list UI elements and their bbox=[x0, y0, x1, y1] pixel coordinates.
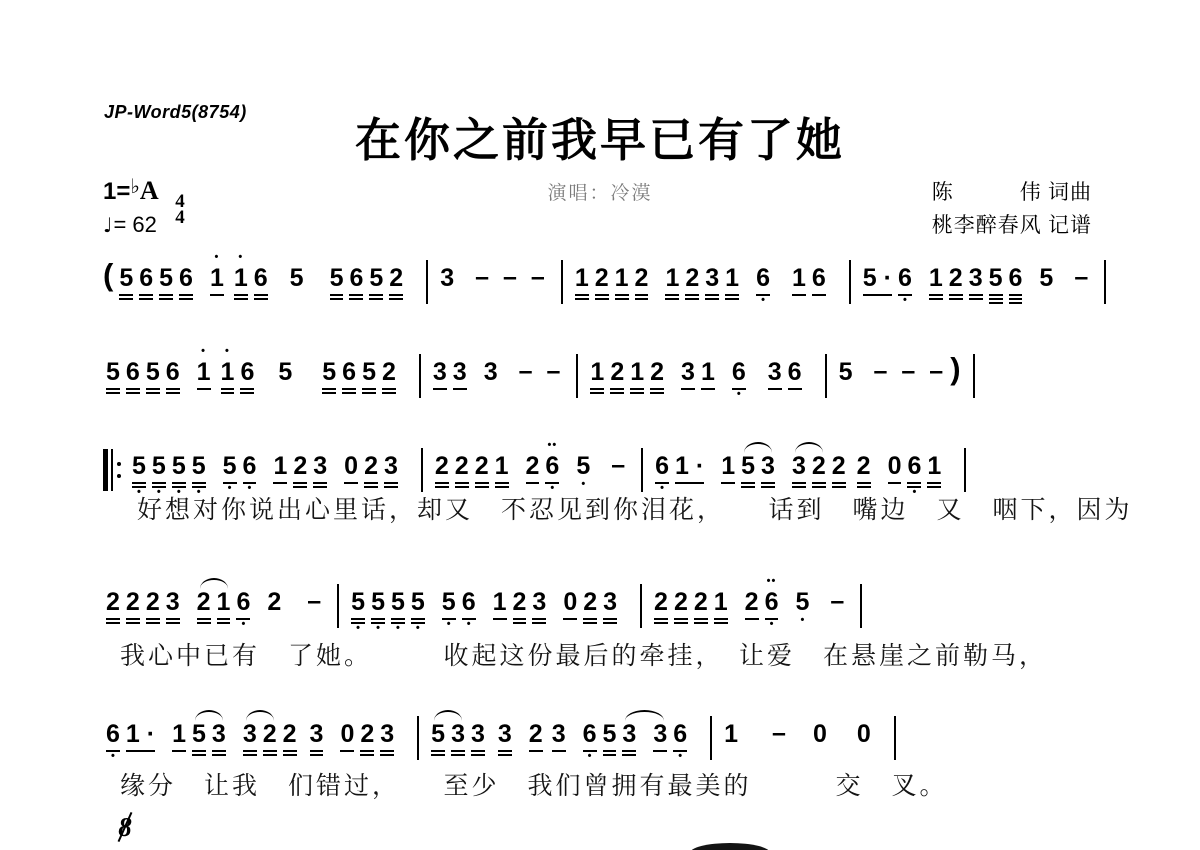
below-slot bbox=[387, 394, 390, 404]
note-group: 1 2 3 1 bbox=[662, 252, 742, 310]
above-slot bbox=[245, 346, 249, 358]
note: 5 bbox=[1036, 252, 1056, 302]
beam bbox=[694, 618, 708, 620]
extend-dash: – bbox=[772, 720, 786, 748]
note-digit: 1 · bbox=[675, 452, 704, 480]
note-digit: 6 bbox=[907, 452, 921, 480]
above-slot bbox=[151, 346, 155, 358]
above-slot bbox=[184, 252, 188, 264]
above-slot bbox=[862, 440, 866, 452]
beam bbox=[949, 294, 963, 296]
note: 6 bbox=[1006, 252, 1026, 314]
below-slot bbox=[628, 756, 631, 766]
above-slot bbox=[318, 440, 322, 452]
note: 1 · bbox=[123, 708, 158, 762]
note-group: 5 bbox=[275, 346, 295, 396]
note: 2 bbox=[526, 708, 546, 762]
note: 3 bbox=[529, 576, 549, 634]
octave-dot-below: • bbox=[416, 624, 420, 634]
note: ••6• bbox=[542, 440, 562, 494]
beam bbox=[989, 298, 1003, 300]
below-slot bbox=[773, 390, 776, 400]
above-slot bbox=[365, 708, 369, 720]
note-group: 1 6 bbox=[789, 252, 829, 306]
above-slot bbox=[934, 252, 938, 264]
above-slot bbox=[793, 346, 797, 358]
above-slot bbox=[460, 440, 464, 452]
beam bbox=[330, 294, 344, 296]
note: 0 bbox=[341, 440, 361, 494]
below-slot bbox=[503, 756, 506, 766]
note: 2 bbox=[143, 576, 163, 634]
above-slot bbox=[517, 576, 521, 588]
note-group: 5• 6• bbox=[220, 440, 260, 494]
note-digit: 2 bbox=[654, 588, 668, 616]
above-slot bbox=[843, 346, 847, 358]
beam bbox=[254, 294, 268, 296]
above-slot bbox=[345, 708, 349, 720]
note: 5 bbox=[143, 346, 163, 404]
note-digit: 5 · bbox=[863, 264, 892, 292]
below-slot bbox=[222, 624, 225, 634]
beam bbox=[179, 294, 193, 296]
below-slot bbox=[335, 300, 338, 310]
note: 2 bbox=[651, 576, 671, 634]
above-slot bbox=[690, 252, 694, 264]
note-group: 2 bbox=[264, 576, 284, 626]
below-slot bbox=[131, 624, 134, 634]
beam bbox=[532, 618, 546, 620]
above-slot bbox=[537, 576, 541, 588]
below-slot bbox=[395, 300, 398, 310]
beam bbox=[455, 482, 469, 484]
note-digit: 2 bbox=[635, 264, 649, 292]
above-slot bbox=[298, 440, 302, 452]
below-slot bbox=[589, 624, 592, 634]
note-digit: 2 bbox=[694, 588, 708, 616]
note-digit: 2 bbox=[360, 720, 374, 748]
note-digit: 1 bbox=[197, 358, 211, 386]
beam bbox=[126, 618, 140, 620]
note-digit: 3 bbox=[451, 720, 465, 748]
note: 6 bbox=[176, 252, 196, 310]
note-digit: 2 bbox=[263, 720, 277, 748]
above-slot bbox=[600, 252, 604, 264]
above-slot bbox=[581, 440, 585, 452]
below-slot bbox=[375, 300, 378, 310]
time-bottom: 4 bbox=[175, 210, 185, 226]
below-slot bbox=[498, 620, 501, 630]
note-digit: 1 bbox=[701, 358, 715, 386]
note: 2 bbox=[510, 576, 530, 634]
note: 5 bbox=[103, 346, 123, 404]
note-digit: 1 bbox=[615, 264, 629, 292]
note-digit: 5 bbox=[322, 358, 336, 386]
below-slot bbox=[438, 390, 441, 400]
beam bbox=[498, 750, 512, 752]
above-slot bbox=[719, 576, 723, 588]
note-group: 3 6 bbox=[765, 346, 805, 400]
note-digit: 5 bbox=[442, 588, 456, 616]
beam bbox=[322, 388, 336, 390]
segno-icon: 8 bbox=[115, 810, 135, 844]
octave-dot-below: • bbox=[903, 296, 907, 306]
note: 1 bbox=[490, 576, 510, 630]
above-slot bbox=[376, 576, 380, 588]
ornament-dots: •• bbox=[767, 576, 777, 588]
above-slot bbox=[660, 440, 664, 452]
octave-dot-above: • bbox=[238, 252, 243, 264]
music-line-1: ( 5 6 5 6 •1 •1 6 5 5 6 5 2 3 ––– 1 2 1 … bbox=[103, 252, 1115, 314]
note-digit: 6 bbox=[1009, 264, 1023, 292]
above-slot bbox=[347, 346, 351, 358]
barline bbox=[860, 584, 862, 628]
octave-dot-below: • bbox=[581, 480, 585, 490]
note-digit: 3 bbox=[440, 264, 454, 292]
below-slot bbox=[699, 624, 702, 634]
above-slot bbox=[710, 252, 714, 264]
above-slot bbox=[247, 440, 251, 452]
beam bbox=[212, 750, 226, 752]
above-slot bbox=[124, 252, 128, 264]
note: 5• bbox=[408, 576, 428, 634]
note-digit: 5 bbox=[989, 264, 1003, 292]
note: 6 bbox=[123, 346, 143, 404]
above-slot bbox=[974, 252, 978, 264]
beam bbox=[369, 294, 383, 296]
above-slot bbox=[349, 440, 353, 452]
above-slot bbox=[385, 708, 389, 720]
note: 3 bbox=[300, 708, 327, 766]
beam bbox=[650, 388, 664, 390]
above-slot bbox=[729, 708, 733, 720]
note: 5 bbox=[366, 252, 386, 310]
note-group: 3 bbox=[481, 346, 501, 396]
note-digit: 3 bbox=[166, 588, 180, 616]
note: 6• bbox=[459, 576, 479, 630]
note-digit: 5 bbox=[391, 588, 405, 616]
above-slot bbox=[568, 576, 572, 588]
above-slot bbox=[354, 252, 358, 264]
above-slot bbox=[800, 576, 804, 588]
beam bbox=[832, 482, 846, 484]
beam bbox=[371, 618, 385, 620]
note-digit: 2 bbox=[293, 452, 307, 480]
below-slot bbox=[636, 394, 639, 404]
note-digit: 1 bbox=[210, 264, 224, 292]
note-group: 5• bbox=[573, 440, 593, 490]
note-group: 2 2 2 1 bbox=[651, 576, 731, 634]
below-slot bbox=[386, 756, 389, 766]
note: 2 bbox=[580, 576, 600, 634]
beam bbox=[1009, 294, 1023, 296]
above-slot bbox=[374, 252, 378, 264]
below-slot bbox=[844, 386, 847, 396]
below-slot bbox=[171, 394, 174, 404]
note-digit: 3 bbox=[453, 358, 467, 386]
above-slot bbox=[557, 708, 561, 720]
beam bbox=[159, 294, 173, 296]
note-digit: 2 bbox=[610, 358, 624, 386]
below-slot bbox=[659, 624, 662, 634]
note-digit: 1 bbox=[721, 452, 735, 480]
note-digit: 6 bbox=[240, 358, 254, 386]
note: 5• bbox=[348, 576, 368, 634]
note-digit: 1 bbox=[725, 264, 739, 292]
note-digit: 5 bbox=[278, 358, 292, 386]
above-slot bbox=[137, 440, 141, 452]
note-digit: 5 bbox=[576, 452, 590, 480]
above-slot bbox=[818, 708, 822, 720]
below-slot bbox=[288, 756, 291, 766]
note-digit: 2 bbox=[529, 720, 543, 748]
above-slot bbox=[445, 252, 449, 264]
barline bbox=[641, 448, 643, 492]
above-slot bbox=[480, 440, 484, 452]
note-digit: 5 bbox=[192, 452, 206, 480]
note-digit: 3 bbox=[532, 588, 546, 616]
note: 2 bbox=[647, 346, 667, 404]
below-slot bbox=[691, 300, 694, 310]
above-slot bbox=[394, 252, 398, 264]
note-digit: 6 bbox=[812, 264, 826, 292]
note: 0 bbox=[810, 708, 830, 758]
note: 3 bbox=[437, 252, 457, 302]
above-slot bbox=[288, 708, 292, 720]
note-digit: 3 bbox=[969, 264, 983, 292]
note-digit: 2 bbox=[126, 588, 140, 616]
extend-dash: – bbox=[901, 358, 915, 386]
below-slot bbox=[476, 756, 479, 766]
below-slot bbox=[348, 394, 351, 404]
above-slot bbox=[157, 440, 161, 452]
above-slot bbox=[151, 576, 155, 588]
below-slot bbox=[346, 752, 349, 762]
note-digit: 6 bbox=[583, 720, 597, 748]
note-digit: 5 bbox=[159, 264, 173, 292]
octave-dot-above: • bbox=[214, 252, 219, 264]
note: 6 bbox=[163, 346, 183, 404]
note: 5 bbox=[836, 346, 856, 396]
octave-dot-below: • bbox=[588, 752, 592, 762]
beam bbox=[575, 294, 589, 296]
note-group: 0 2 3 bbox=[560, 576, 620, 634]
note-digit: 1 bbox=[665, 264, 679, 292]
note: 1 bbox=[711, 576, 731, 634]
beam bbox=[132, 482, 146, 484]
credit-transcriber: 桃李醉春风 记谱 bbox=[932, 209, 1092, 242]
barline bbox=[640, 584, 642, 628]
note-group: 2 2 2 3 bbox=[103, 576, 183, 634]
note-digit: 2 bbox=[475, 452, 489, 480]
beam bbox=[1009, 298, 1023, 300]
below-slot bbox=[456, 756, 459, 766]
barline bbox=[973, 354, 975, 398]
above-slot bbox=[197, 440, 201, 452]
above-slot bbox=[639, 252, 643, 264]
note-digit: 6 bbox=[349, 264, 363, 292]
beam bbox=[146, 388, 160, 390]
below-slot bbox=[111, 624, 114, 634]
note-group: 1 2 1 2 bbox=[587, 346, 667, 404]
beam bbox=[725, 294, 739, 296]
note-group: 6• 1 · bbox=[652, 440, 707, 494]
note-digit: 2 bbox=[197, 588, 211, 616]
note-digit: 6 bbox=[756, 264, 770, 292]
barline bbox=[421, 448, 423, 492]
below-slot bbox=[609, 624, 612, 634]
note-digit: 2 bbox=[106, 588, 120, 616]
note-digit: 6 bbox=[788, 358, 802, 386]
note-digit: 6 bbox=[106, 720, 120, 748]
note-digit: 2 bbox=[146, 588, 160, 616]
note: 2 bbox=[523, 440, 543, 494]
beam bbox=[166, 388, 180, 390]
note-digit: 6 bbox=[139, 264, 153, 292]
beam bbox=[172, 482, 186, 484]
below-slot bbox=[817, 296, 820, 306]
note: 3 bbox=[450, 346, 470, 400]
above-slot bbox=[369, 440, 373, 452]
above-slot bbox=[259, 252, 263, 264]
octave-dot-below: • bbox=[770, 620, 774, 630]
above-slot bbox=[659, 576, 663, 588]
note-digit: 6 bbox=[126, 358, 140, 386]
above-slot bbox=[111, 576, 115, 588]
above-slot bbox=[396, 576, 400, 588]
note: 2 bbox=[682, 252, 702, 310]
beam bbox=[119, 294, 133, 296]
beam bbox=[907, 482, 921, 484]
note: 2 bbox=[607, 346, 627, 404]
note-digit: 3 bbox=[622, 720, 636, 748]
note: 5 · bbox=[860, 252, 895, 306]
above-slot bbox=[171, 576, 175, 588]
note: 5 bbox=[116, 252, 136, 310]
note: 2 bbox=[379, 346, 399, 404]
below-slot bbox=[679, 624, 682, 634]
octave-dot-below: • bbox=[800, 616, 804, 626]
barline bbox=[849, 260, 851, 304]
beam bbox=[741, 482, 755, 484]
note: 6• bbox=[670, 708, 690, 762]
barline bbox=[419, 354, 421, 398]
note-digit: 3 bbox=[792, 452, 806, 480]
note-digit: 2 bbox=[583, 588, 597, 616]
note: 6 bbox=[237, 346, 257, 404]
below-slot bbox=[355, 300, 358, 310]
above-slot bbox=[595, 346, 599, 358]
note: 3 bbox=[430, 346, 450, 400]
note-group: •1 bbox=[194, 346, 214, 400]
above-slot bbox=[438, 346, 442, 358]
below-slot bbox=[239, 300, 242, 310]
note-digit: 3 bbox=[310, 720, 324, 748]
below-slot bbox=[215, 296, 218, 306]
note-digit: 1 bbox=[590, 358, 604, 386]
below-slot bbox=[616, 394, 619, 404]
beam bbox=[283, 750, 297, 752]
note-digit: 0 bbox=[563, 588, 577, 616]
note-digit: 6 bbox=[673, 720, 687, 748]
below-slot bbox=[165, 300, 168, 310]
note-digit: 2 bbox=[949, 264, 963, 292]
above-slot bbox=[773, 346, 777, 358]
note: 2 bbox=[103, 576, 123, 634]
note-digit: 3 bbox=[313, 452, 327, 480]
note-digit: 2 bbox=[526, 452, 540, 480]
note: •1 bbox=[231, 252, 251, 310]
repeat-dots bbox=[117, 449, 121, 491]
extend-dash: – bbox=[503, 264, 517, 292]
note-digit: 2 bbox=[595, 264, 609, 292]
note-digit: 5 bbox=[290, 264, 304, 292]
note: •1 bbox=[218, 346, 238, 404]
below-slot bbox=[178, 752, 181, 762]
below-slot bbox=[671, 300, 674, 310]
above-slot bbox=[389, 440, 393, 452]
ornament-dots: •• bbox=[548, 440, 558, 452]
note-digit: 1 bbox=[493, 588, 507, 616]
below-slot bbox=[226, 394, 229, 404]
note-group: 6• bbox=[729, 346, 749, 400]
note-digit: 5 bbox=[223, 452, 237, 480]
note: 3 bbox=[468, 708, 488, 766]
beam bbox=[583, 618, 597, 620]
note-digit: 1 bbox=[927, 452, 941, 480]
below-slot bbox=[818, 748, 821, 758]
above-slot bbox=[272, 576, 276, 588]
below-slot bbox=[557, 752, 560, 762]
note: 3 bbox=[546, 708, 569, 762]
note: 6 bbox=[339, 346, 359, 404]
note-digit: 5 bbox=[330, 264, 344, 292]
note-digit: 0 bbox=[340, 720, 354, 748]
above-slot bbox=[670, 252, 674, 264]
below-slot bbox=[328, 394, 331, 404]
credits-block: 陈 伟 词曲 桃李醉春风 记谱 bbox=[932, 176, 1092, 242]
below-slot bbox=[111, 394, 114, 404]
note: 5 bbox=[600, 708, 620, 766]
above-slot bbox=[797, 252, 801, 264]
barline bbox=[417, 716, 419, 760]
note-digit: 6 bbox=[166, 358, 180, 386]
note-digit: 5 bbox=[106, 358, 120, 386]
note-digit: 6 bbox=[254, 264, 268, 292]
note-group: 5 6 5 6 bbox=[103, 346, 183, 404]
above-slot bbox=[686, 346, 690, 358]
note: 6• bbox=[895, 252, 915, 306]
note: •1 bbox=[194, 346, 214, 400]
above-slot bbox=[367, 346, 371, 358]
note: 1 bbox=[662, 252, 682, 310]
beam bbox=[389, 294, 403, 296]
beam bbox=[362, 388, 376, 390]
beam bbox=[435, 482, 449, 484]
note-group: 1 2 3 bbox=[490, 576, 550, 634]
note: 1 bbox=[789, 252, 809, 306]
above-slot bbox=[447, 576, 451, 588]
note-digit: 5 bbox=[369, 264, 383, 292]
note: 2 bbox=[691, 576, 711, 634]
below-slot bbox=[620, 300, 623, 310]
note: 5• bbox=[792, 576, 812, 626]
note-digit: 6 bbox=[236, 588, 250, 616]
beam bbox=[152, 482, 166, 484]
note-group: 2 ••6• bbox=[742, 576, 782, 630]
note-digit: 5 bbox=[371, 588, 385, 616]
beam bbox=[310, 750, 324, 752]
